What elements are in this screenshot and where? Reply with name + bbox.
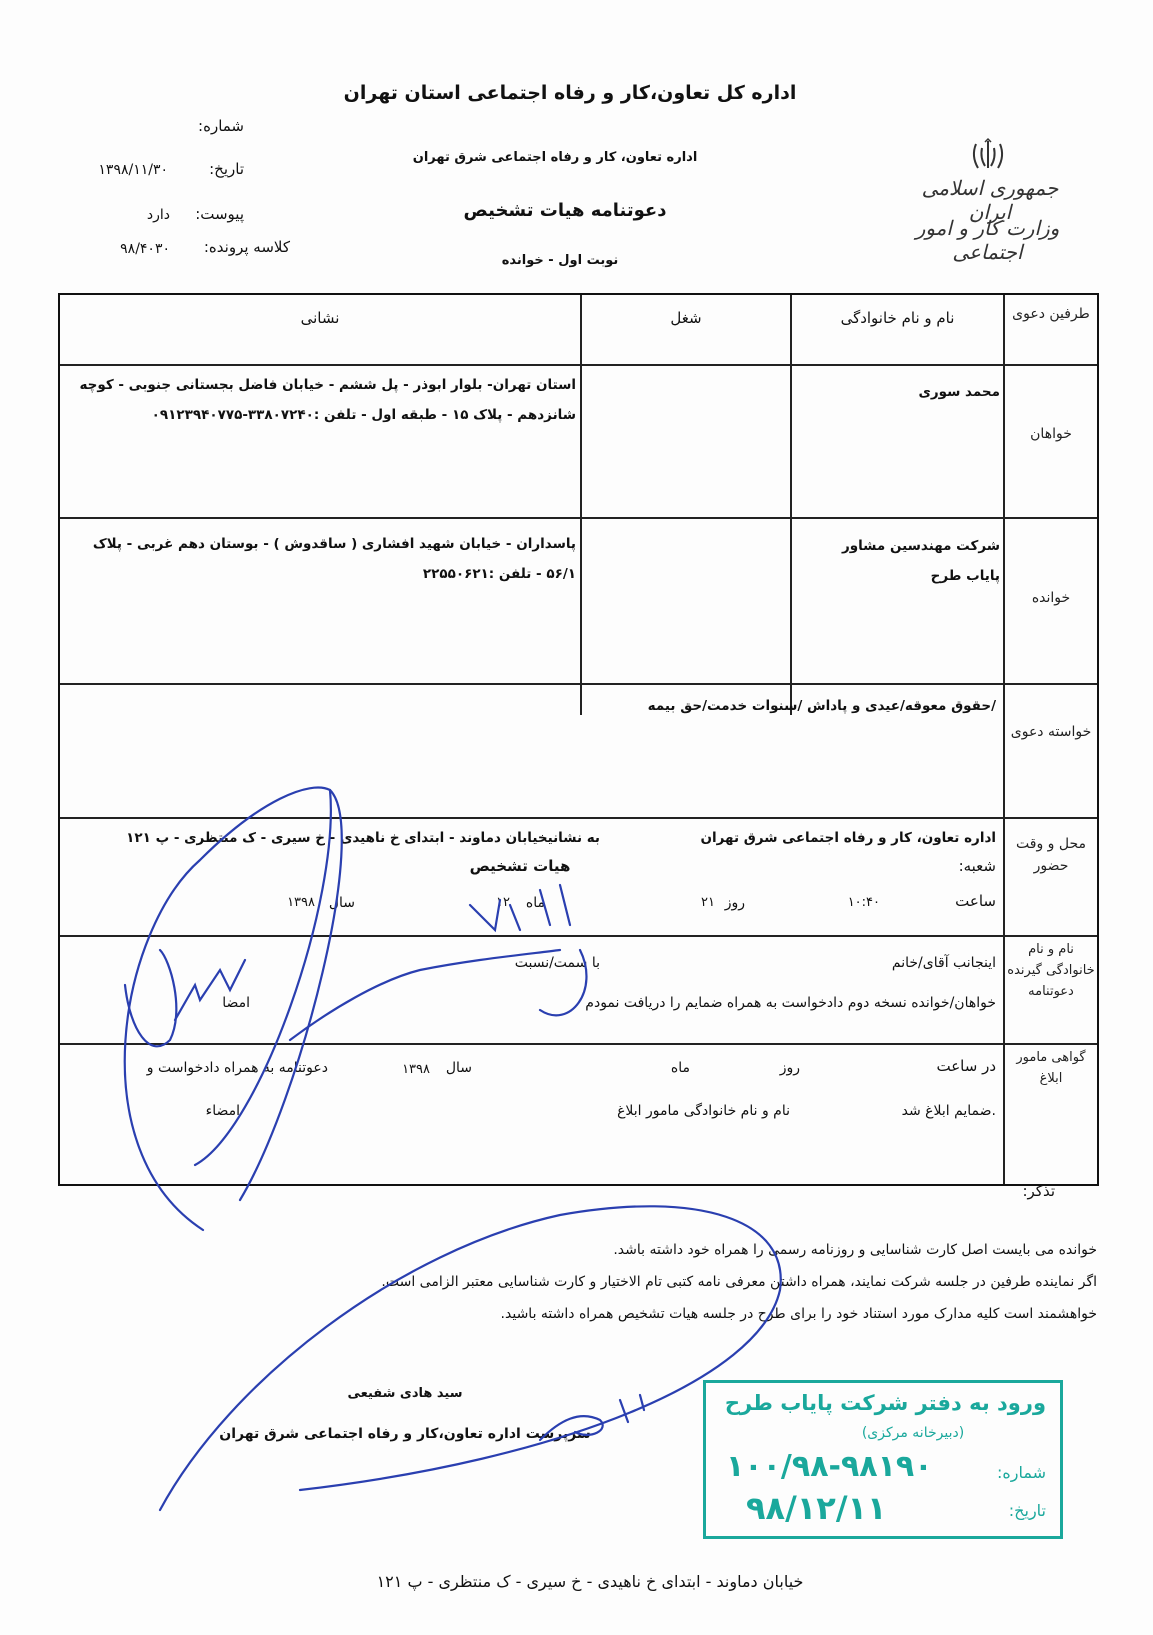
officer-text-a: دعوتنامه به همراه دادخواست و xyxy=(78,1060,328,1076)
row-divider xyxy=(60,517,1097,519)
attachment-label: پیوست: xyxy=(180,205,244,223)
iran-emblem-icon xyxy=(968,136,1008,176)
venue-label: محل و وقت حضور xyxy=(1005,833,1097,877)
claim-label: خواسته دعوی xyxy=(1005,721,1097,743)
plaintiff-address-line2: شانزدهم - پلاک ۱۵ - طبقه اول - تلفن :۳۳۸… xyxy=(70,400,576,430)
year-value: ۱۳۹۸ xyxy=(270,895,315,910)
stamp-number-label: شماره: xyxy=(997,1463,1046,1482)
branch-label: شعبه: xyxy=(880,857,996,875)
officer-name-label: نام و نام خانوادگی مامور ابلاغ xyxy=(540,1103,790,1119)
stamp-title: ورود به دفتر شرکت پایاب طرح xyxy=(706,1391,1046,1415)
row-divider xyxy=(60,1043,1097,1045)
number-label: شماره: xyxy=(180,117,244,135)
header-occupation: شغل xyxy=(582,309,790,327)
header-parties: طرفین دعوی xyxy=(1005,303,1097,325)
note-item: خواهشمند است کلیه مدارک مورد استناد خود … xyxy=(47,1298,1097,1330)
footer-address: خیابان دماوند - ابتدای خ ناهیدی - خ سیری… xyxy=(330,1572,850,1591)
branch-value: هیات تشخیص xyxy=(440,857,600,875)
recipient-line2: خواهان/خوانده نسخه دوم دادخواست به همراه… xyxy=(360,995,996,1011)
month-label: ماه xyxy=(515,895,545,911)
notes-list: خوانده می بایست اصل کارت شناسایی و روزنا… xyxy=(47,1234,1097,1330)
stamp-date-value: ۹۸/۱۲/۱۱ xyxy=(746,1489,887,1527)
file-class-label: کلاسه پرونده: xyxy=(170,238,290,256)
org-title: اداره کل تعاون،کار و رفاه اجتماعی استان … xyxy=(330,82,810,104)
claim-text: /حقوق معوقه/عیدی و پاداش /سنوات خدمت/حق … xyxy=(360,691,996,721)
venue-address: به نشانیخیابان دماوند - ابتدای خ ناهیدی … xyxy=(100,823,600,853)
defendant-address-line1: پاسداران - خیابان شهید افشاری ( ساقدوش )… xyxy=(70,529,576,559)
stamp-number-value: ۱۰۰/۹۸-۹۸۱۹۰ xyxy=(726,1449,933,1484)
signatory-title: سرپرست اداره تعاون،کار و رفاه اجتماعی شر… xyxy=(215,1426,595,1442)
defendant-label: خوانده xyxy=(1005,587,1097,609)
stamp-subtitle: (دبیرخانه مرکزی) xyxy=(706,1425,1060,1441)
month-value: ۱۲ xyxy=(480,895,510,910)
date-label: تاریخ: xyxy=(180,160,244,178)
officer-year-value: ۱۳۹۸ xyxy=(385,1062,430,1077)
time-value: ۱۰:۴۰ xyxy=(820,895,880,910)
day-value: ۲۱ xyxy=(685,895,715,910)
plaintiff-label: خواهان xyxy=(1005,423,1097,445)
recipient-label: نام و نام خانوادگی گیرنده دعوتنامه xyxy=(1005,939,1097,1002)
notes-heading: تذکر: xyxy=(1010,1182,1055,1200)
officer-month: ماه xyxy=(650,1060,690,1076)
receipt-stamp: ورود به دفتر شرکت پایاب طرح (دبیرخانه مر… xyxy=(703,1380,1063,1539)
note-item: اگر نماینده طرفین در جلسه شرکت نمایند، ه… xyxy=(47,1266,1097,1298)
document-title: دعوتنامه هیات تشخیص xyxy=(430,200,700,221)
officer-text-b: .ضمایم ابلاغ شد xyxy=(850,1103,996,1119)
col-divider-name xyxy=(790,295,792,715)
plaintiff-name: محمد سوری xyxy=(800,377,1000,407)
col-divider-occupation xyxy=(580,295,582,715)
venue-office: اداره تعاون، کار و رفاه اجتماعی شرق تهرا… xyxy=(620,823,996,853)
officer-year-label: سال xyxy=(432,1060,472,1076)
note-item: خوانده می بایست اصل کارت شناسایی و روزنا… xyxy=(47,1234,1097,1266)
emblem-line-ministry: وزارت کار و امور اجتماعی xyxy=(895,216,1080,264)
signatory-name: سید هادی شفیعی xyxy=(340,1386,470,1401)
recipient-sign-label: امضا xyxy=(200,995,250,1011)
officer-sign-label: امضاء xyxy=(180,1103,240,1119)
recipient-line1-b: با سمت/نسبت xyxy=(420,955,600,971)
defendant-name-line2: پایاب طرح xyxy=(800,561,1000,591)
plaintiff-address-line1: استان تهران- بلوار ابوذر - پل ششم - خیاب… xyxy=(70,370,576,400)
row-divider xyxy=(60,364,1097,366)
header-name: نام و نام خانوادگی xyxy=(792,309,1003,327)
row-divider xyxy=(60,817,1097,819)
year-label: سال xyxy=(315,895,355,911)
officer-label: گواهی مامور ابلاغ xyxy=(1005,1047,1097,1089)
row-divider xyxy=(60,935,1097,937)
header-address: نشانی xyxy=(60,309,580,327)
summons-table: طرفین دعوی نام و نام خانوادگی شغل نشانی … xyxy=(58,293,1099,1186)
round-label: نوبت اول - خوانده xyxy=(480,253,640,268)
stamp-date-label: تاریخ: xyxy=(1009,1501,1046,1520)
time-label: ساعت xyxy=(890,892,996,910)
defendant-address-line2: ۵۶/۱ - تلفن :۲۲۵۵۰۶۲۱ xyxy=(70,559,576,589)
file-class-value: ۹۸/۴۰۳۰ xyxy=(100,241,170,257)
row-divider xyxy=(60,683,1097,685)
day-label: روز xyxy=(715,895,745,911)
recipient-line1-a: اینجانب آقای/خانم xyxy=(760,955,996,971)
sub-org-title: اداره تعاون، کار و رفاه اجتماعی شرق تهرا… xyxy=(400,150,710,165)
date-value: ۱۳۹۸/۱۱/۳۰ xyxy=(88,162,168,178)
officer-day: روز xyxy=(760,1060,800,1076)
officer-at-hour: در ساعت xyxy=(880,1057,996,1075)
defendant-name-line1: شرکت مهندسین مشاور xyxy=(800,531,1000,561)
attachment-value: دارد xyxy=(120,207,170,223)
